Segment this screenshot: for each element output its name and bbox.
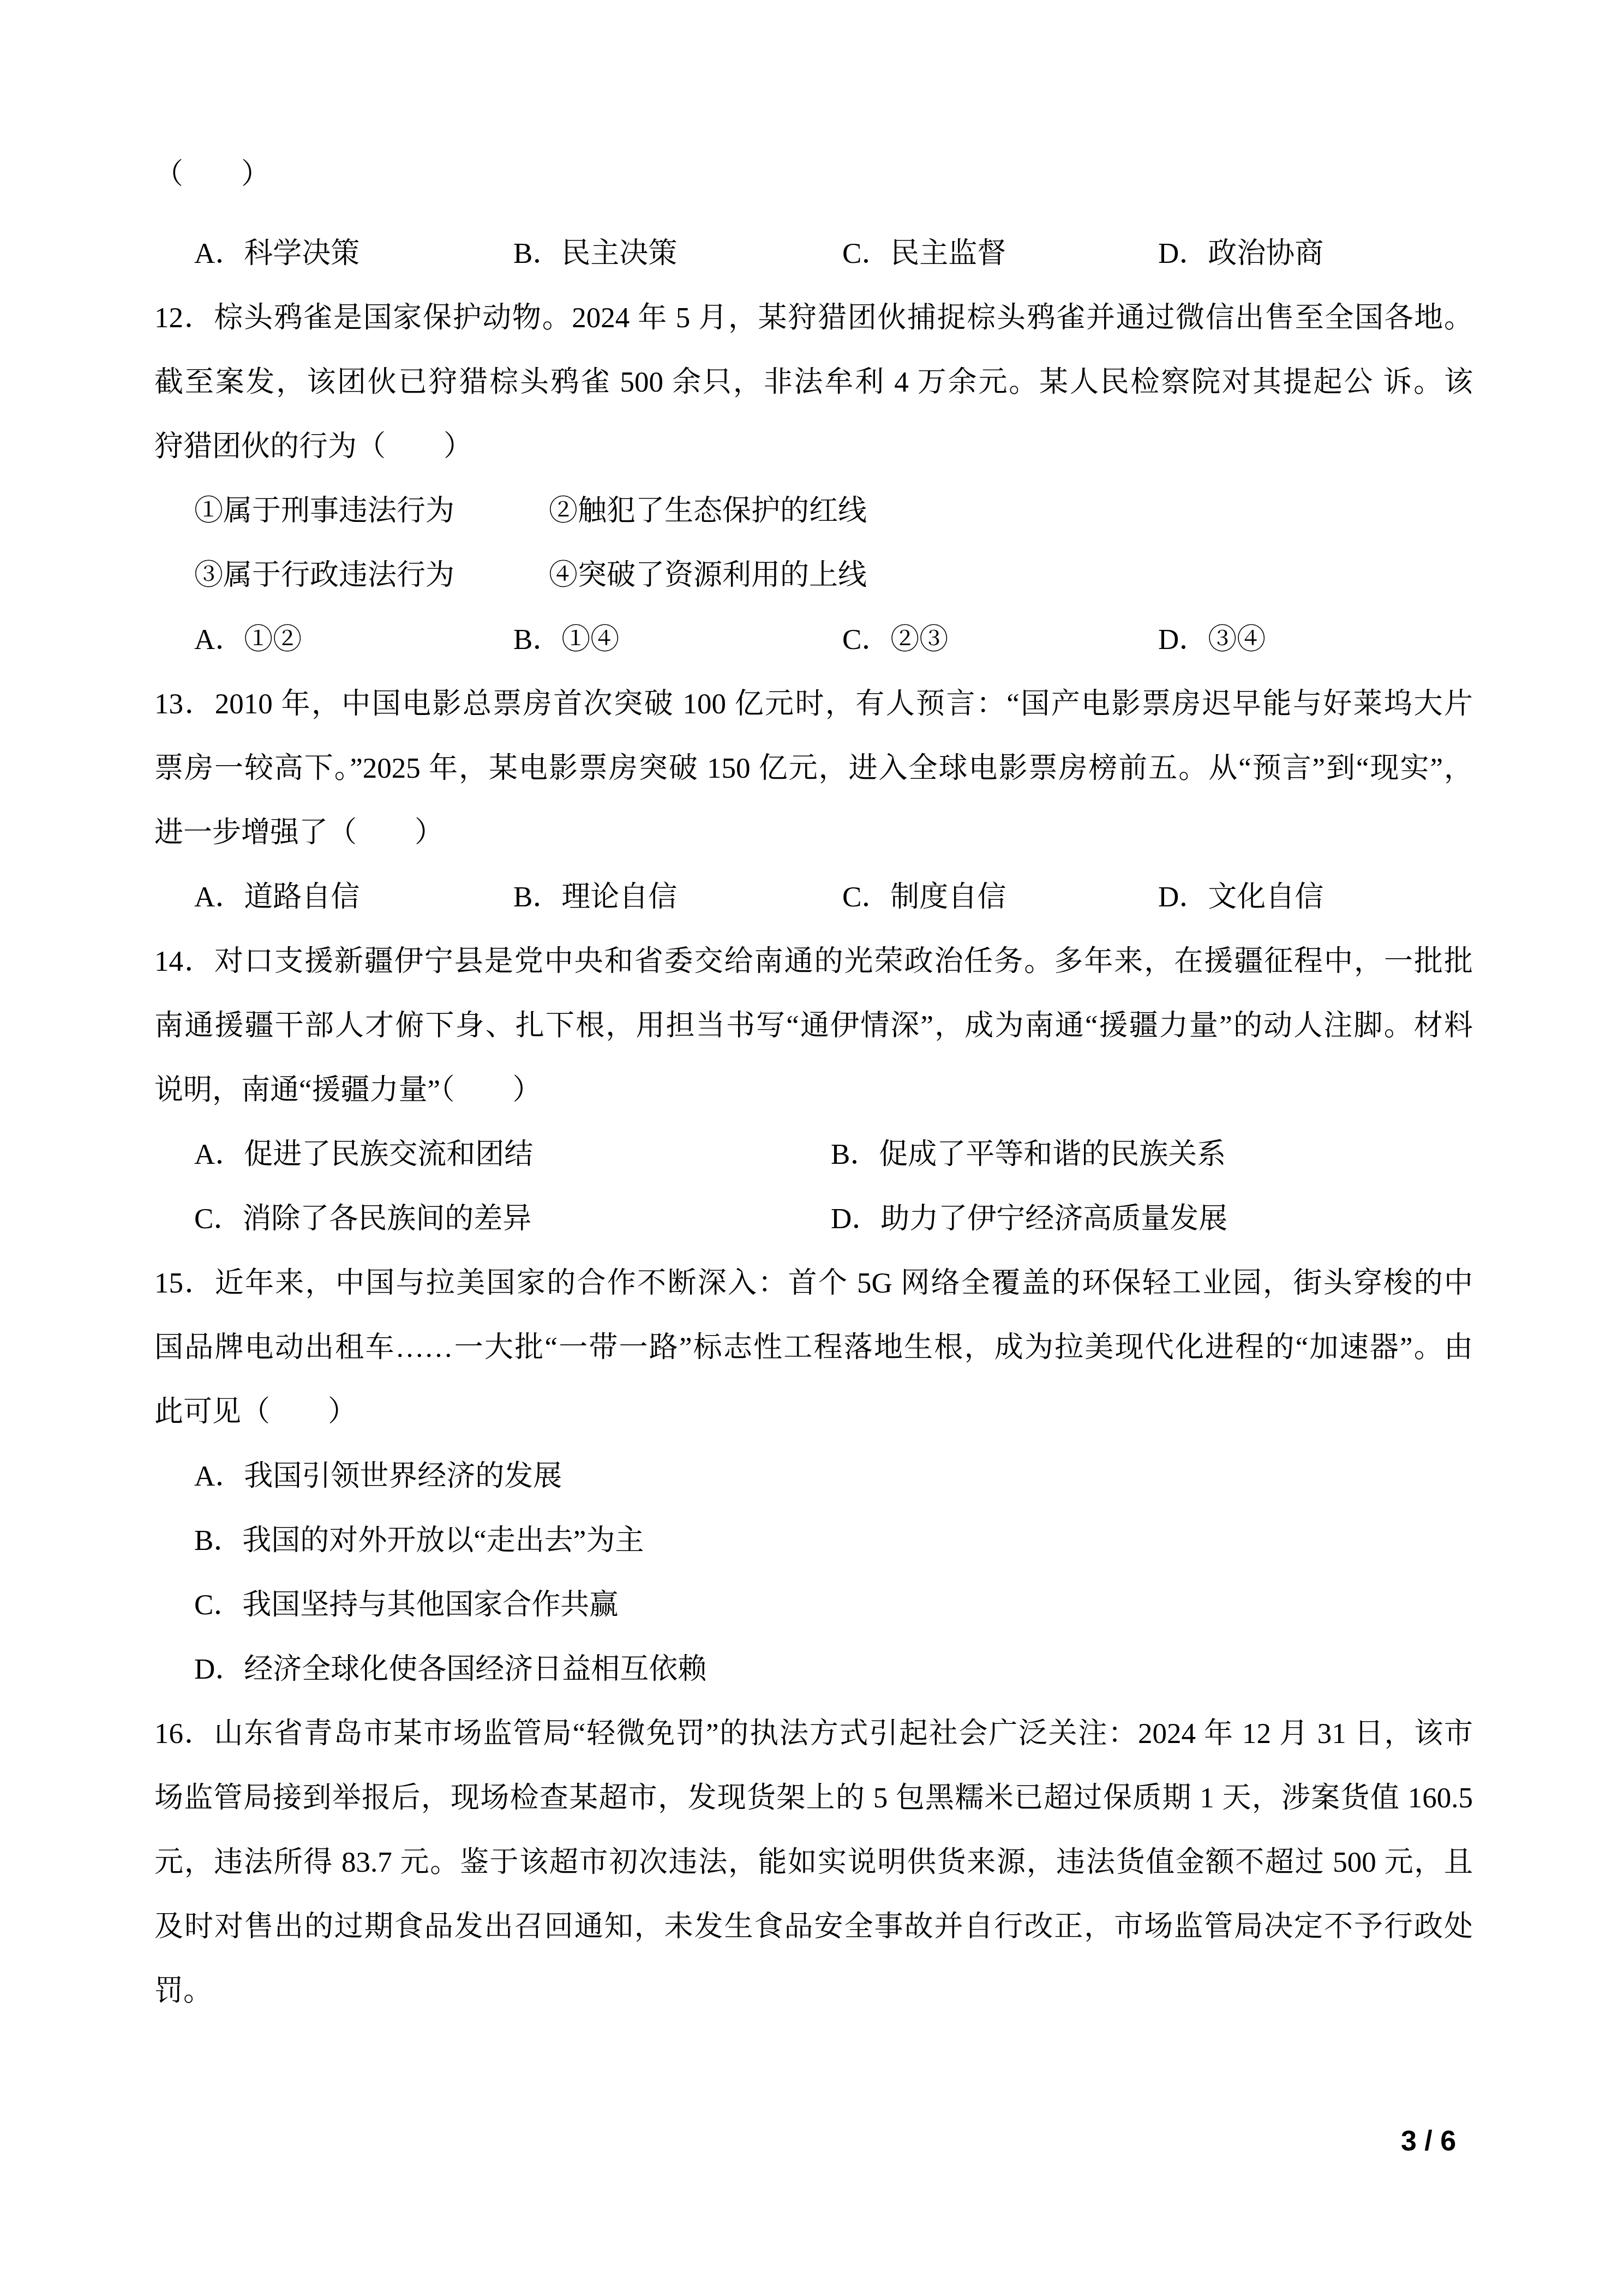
q12-statement-3: ③属于行政违法行为 [194,543,454,608]
q13-option-d: D．文化自信 [1158,865,1323,929]
q12-answer-blank-line: 狩猎团伙的行为（ ） [154,414,1473,479]
q11-option-d: D．政治协商 [1158,221,1323,286]
q11-answer-blank: （ ） [154,142,1473,207]
q12-text-line-2: 截至案发，该团伙已狩猎棕头鸦雀 500 余只，非法牟利 4 万余元。某人民检察院… [154,350,1473,414]
q12-option-d: D．③④ [1158,608,1266,672]
q12-statement-4: ④突破了资源利用的上线 [549,543,867,608]
q13-option-b: B．理论自信 [513,865,677,929]
exam-page: （ ） A．科学决策 B．民主决策 C．民主监督 D．政治协商 12．棕头鸦雀是… [0,0,1624,2296]
q12-statements-row-2: ③属于行政违法行为 ④突破了资源利用的上线 [154,543,1473,608]
q11-options-row: A．科学决策 B．民主决策 C．民主监督 D．政治协商 [154,221,1473,286]
q12-text-line-1: 12．棕头鸦雀是国家保护动物。2024 年 5 月，某狩猎团伙捕捉棕头鸦雀并通过… [154,286,1473,350]
q15-text-line-1: 15．近年来，中国与拉美国家的合作不断深入：首个 5G 网络全覆盖的环保轻工业园… [154,1251,1473,1315]
q15-answer-blank-line: 此可见（ ） [154,1380,1473,1444]
q14-text-line-2: 南通援疆干部人才俯下身、扎下根，用担当书写“通伊情深”，成为南通“援疆力量”的动… [154,994,1473,1058]
q14-options-row-1: A．促进了民族交流和团结 B．促成了平等和谐的民族关系 [154,1122,1473,1187]
q15-option-b: B．我国的对外开放以“走出去”为主 [194,1508,1473,1573]
q14-option-d: D．助力了伊宁经济高质量发展 [831,1187,1227,1251]
q13-text-line-2: 票房一较高下。”2025 年，某电影票房突破 150 亿元，进入全球电影票房榜前… [154,736,1473,801]
q12-options-row: A．①② B．①④ C．②③ D．③④ [154,608,1473,672]
q13-text-line-1: 13．2010 年，中国电影总票房首次突破 100 亿元时，有人预言：“国产电影… [154,672,1473,736]
q15-option-d: D．经济全球化使各国经济日益相互依赖 [194,1637,1473,1702]
q12-option-c: C．②③ [842,608,948,672]
q13-option-c: C．制度自信 [842,865,1006,929]
q15-text-line-2: 国品牌电动出租车……一大批“一带一路”标志性工程落地生根，成为拉美现代化进程的“… [154,1315,1473,1380]
q16-text-line-4: 及时对售出的过期食品发出召回通知，未发生食品安全事故并自行改正，市场监管局决定不… [154,1895,1473,1959]
q16-text-line-3: 元，违法所得 83.7 元。鉴于该超市初次违法，能如实说明供货来源，违法货值金额… [154,1830,1473,1895]
q13-option-a: A．道路自信 [194,865,359,929]
q11-option-b: B．民主决策 [513,221,677,286]
q13-answer-blank-line: 进一步增强了（ ） [154,801,1473,865]
q15-option-a: A．我国引领世界经济的发展 [194,1444,1473,1508]
q15-option-c: C．我国坚持与其他国家合作共赢 [194,1573,1473,1637]
q14-option-b: B．促成了平等和谐的民族关系 [831,1122,1226,1187]
q14-answer-blank-line: 说明，南通“援疆力量”（ ） [154,1058,1473,1122]
q14-option-c: C．消除了各民族间的差异 [194,1187,531,1251]
q16-text-line-2: 场监管局接到举报后，现场检查某超市，发现货架上的 5 包黑糯米已超过保质期 1 … [154,1766,1473,1830]
q11-option-a: A．科学决策 [194,221,359,286]
q12-statement-1: ①属于刑事违法行为 [194,479,454,543]
q14-text-line-1: 14．对口支援新疆伊宁县是党中央和省委交给南通的光荣政治任务。多年来，在援疆征程… [154,929,1473,994]
q12-option-b: B．①④ [513,608,619,672]
q16-text-line-1: 16．山东省青岛市某市场监管局“轻微免罚”的执法方式引起社会广泛关注：2024 … [154,1702,1473,1766]
q13-options-row: A．道路自信 B．理论自信 C．制度自信 D．文化自信 [154,865,1473,929]
q12-option-a: A．①② [194,608,302,672]
page-number: 3 / 6 [1401,2124,1456,2159]
q12-statements-row-1: ①属于刑事违法行为 ②触犯了生态保护的红线 [154,479,1473,543]
q14-option-a: A．促进了民族交流和团结 [194,1122,533,1187]
q16-text-line-5: 罚。 [154,1959,1473,2023]
q11-option-c: C．民主监督 [842,221,1006,286]
q14-options-row-2: C．消除了各民族间的差异 D．助力了伊宁经济高质量发展 [154,1187,1473,1251]
q12-statement-2: ②触犯了生态保护的红线 [549,479,867,543]
